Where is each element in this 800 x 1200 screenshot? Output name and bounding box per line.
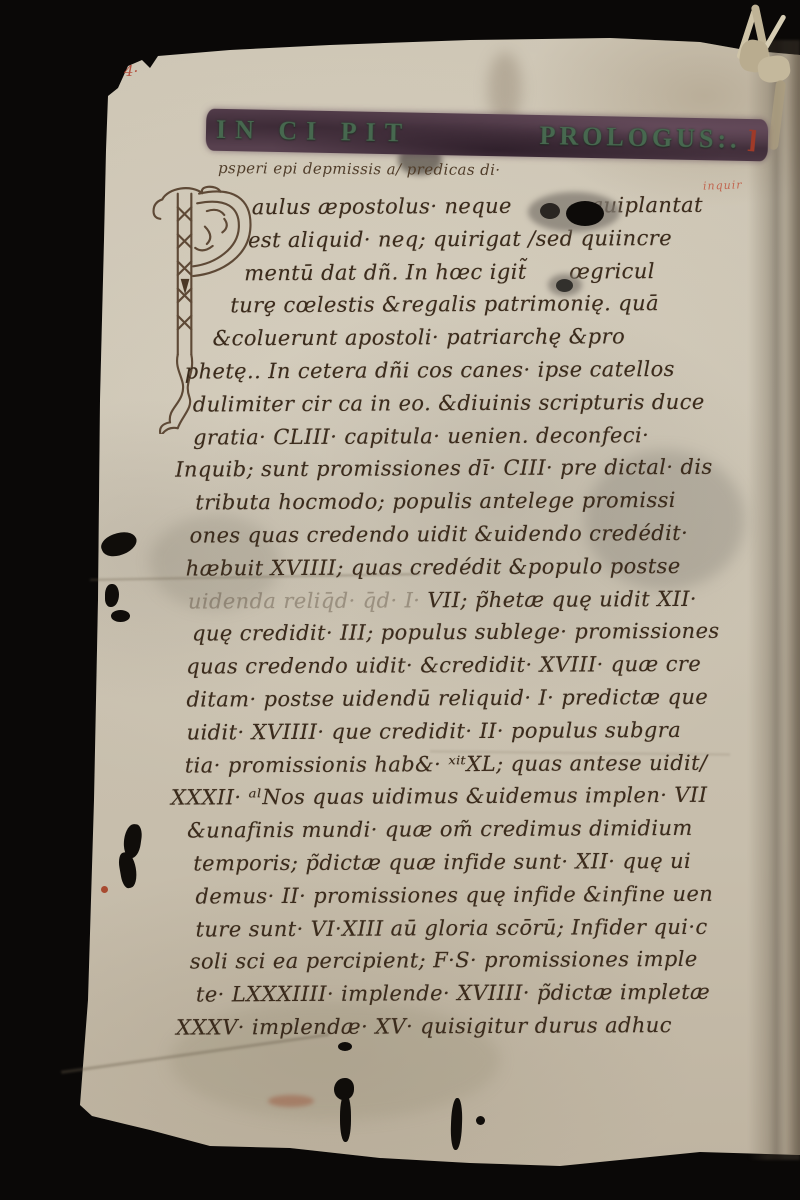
manuscript-line: aulus æpostolus· neque quiplantat <box>252 188 776 224</box>
manuscript-line: tia· promissionis hab&· ˣⁱᵗXL; quas ante… <box>185 746 779 782</box>
manuscript-line: uidit· XVIIII· que credidit· II· populus… <box>187 713 779 749</box>
manuscript-line: ones quas credendo uidit &uidendo credéd… <box>189 516 777 552</box>
manuscript-line: &unafinis mundi· quæ om̃ credimus dimidi… <box>187 812 779 848</box>
manuscript-line: dulimiter cir ca in eo. &diuinis scriptu… <box>193 385 777 421</box>
manuscript-line: turȩ cœlestis &regalis patrimonię. quā <box>230 287 776 323</box>
manuscript-line: XXXII· ᵃˡNos quas uidimus &uidemus imple… <box>171 779 779 815</box>
manuscript-line: ture sunt· VI·XIII aū gloria scōrū; Infi… <box>196 910 780 946</box>
manuscript-line: phetę.. In cetera dñi cos canes· ipse ca… <box>185 352 777 388</box>
manuscript-line: gratia· CLIII· capitula· uenien. deconfe… <box>193 418 777 454</box>
manuscript-line: tributa hocmodo; populis antelege promis… <box>195 484 777 520</box>
text-block: aulus æpostolus· neque quiplantatest ali… <box>184 188 780 1044</box>
manuscript-photo: IN CI PIT PROLOGUS:.] psperi epi depmiss… <box>0 0 800 1200</box>
parchment-hole <box>566 201 604 226</box>
manuscript-line: demus· II· promissiones quę infide &infi… <box>195 877 779 913</box>
red-dot <box>101 886 108 893</box>
ink-blot <box>338 1042 352 1051</box>
manuscript-line: Inquib; sunt promissiones dī· CIII· pre … <box>175 451 777 487</box>
quire-mark: 4· <box>124 62 138 80</box>
manuscript-line: soli sci ea percipient; F·S· promissione… <box>190 943 780 979</box>
rubric-end-mark: ] <box>745 125 759 155</box>
manuscript-line: hæbuit XVIIII; quas credédit &populo pos… <box>186 549 778 585</box>
incipit-text-left: IN CI PIT <box>216 115 412 149</box>
ink-drip <box>340 1094 351 1142</box>
ink-spot <box>476 1116 485 1125</box>
incipit-text-right: PROLOGUS:. <box>539 121 741 154</box>
ink-blot <box>111 610 130 622</box>
parchment-hole <box>540 203 560 219</box>
manuscript-line: quę credidit· III; populus sublege· prom… <box>192 615 778 651</box>
manuscript-line: temporis; p̃dictæ quæ infide sunt· XII· … <box>193 844 779 880</box>
manuscript-line: est aliquid· neq; quirigat /sed quiincre <box>248 221 776 257</box>
manuscript-line: te· LXXXIIII· implende· XVIIII· p̃dictæ … <box>196 976 780 1012</box>
title-gloss: psperi epi depmissis a/ predicas di· <box>218 159 501 179</box>
manuscript-line: ditam· postse uidendū reliquid· I· predi… <box>186 680 778 716</box>
manuscript-line: XXXV· implendæ· XV· quisigitur durus adh… <box>176 1008 780 1044</box>
manuscript-line: mentū dat dñ. In hœc igit̃ œgricul <box>244 254 776 290</box>
rust-smudge <box>268 1095 314 1107</box>
manuscript-line: &coluerunt apostoli· patriarchę &pro <box>212 320 776 356</box>
ink-spot <box>556 279 573 292</box>
manuscript-line: quas credendo uidit· &credidit· XVIII· q… <box>186 648 778 684</box>
manuscript-line: uidenda reliq̄d· q̄d· I· VII; p̃hetæ quę… <box>188 582 778 618</box>
